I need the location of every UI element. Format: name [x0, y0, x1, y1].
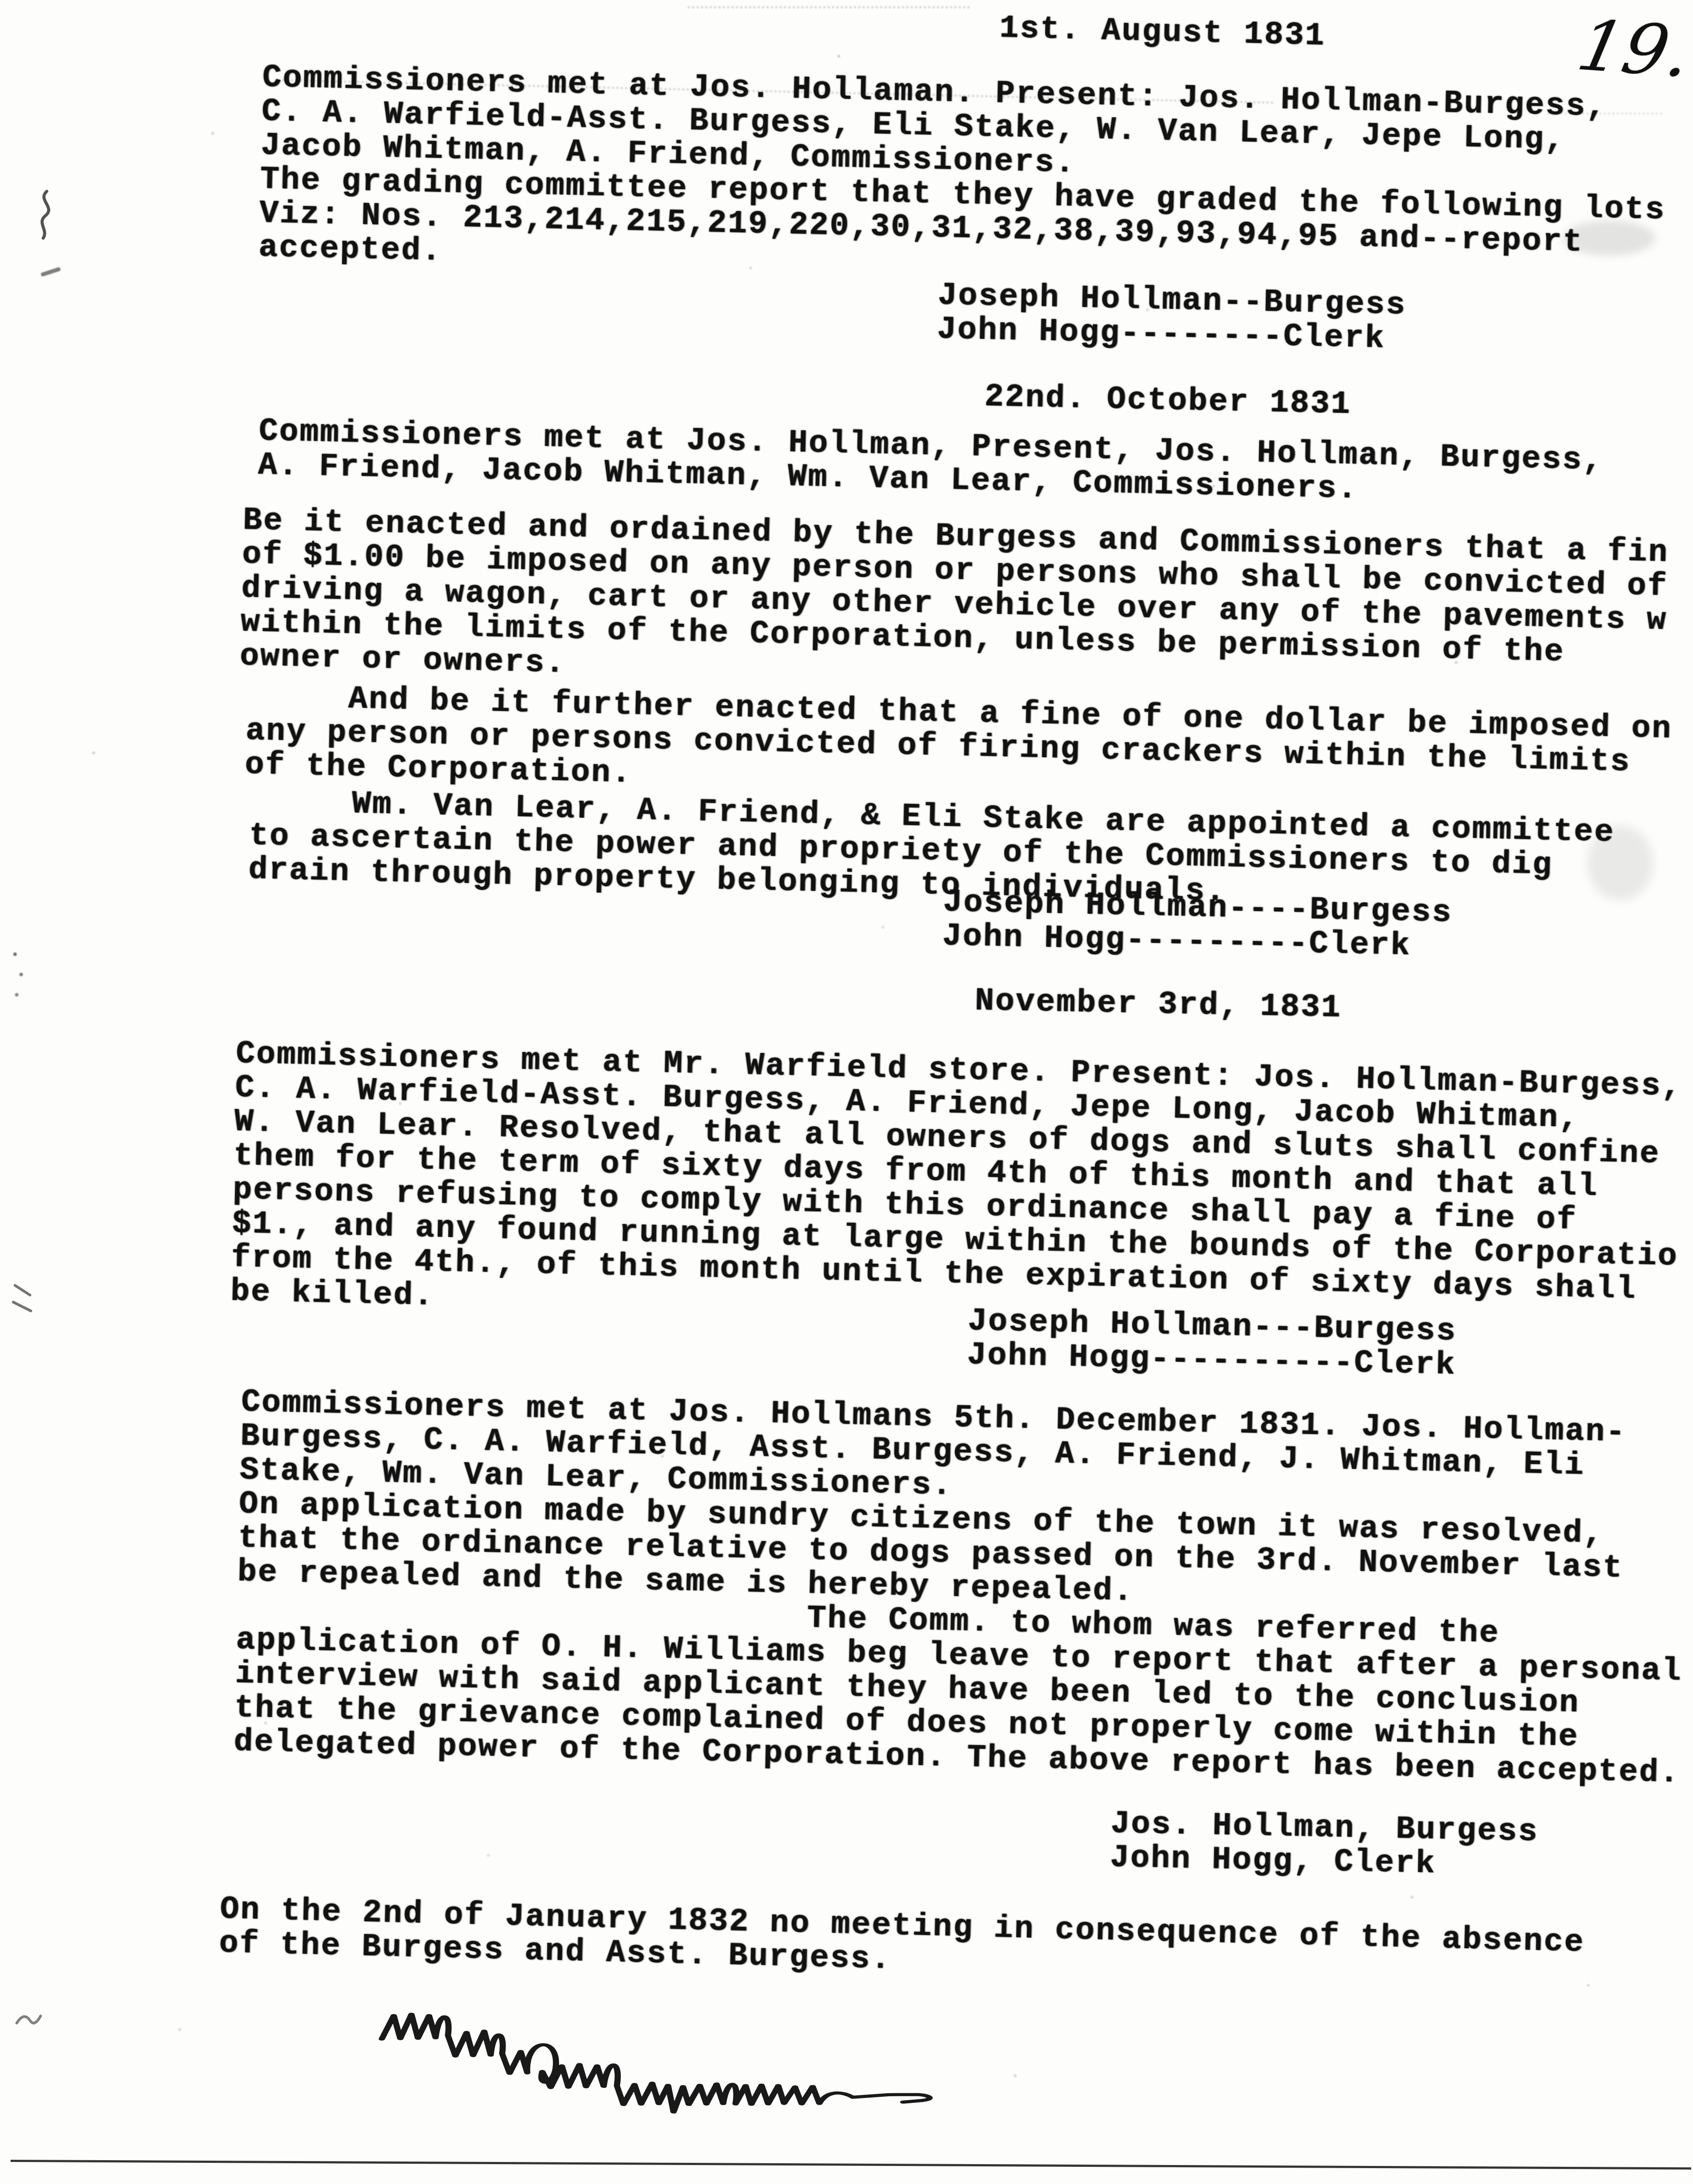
signature-block-december: Jos. Hollman, Burgess John Hogg, Clerk — [1110, 1807, 1539, 1883]
margin-check-mark — [13, 2005, 44, 2036]
signature-block-august: Joseph Hollman--Burgess John Hogg-------… — [937, 279, 1407, 356]
minutes-paragraph-october-pavement-ordinance: Be it enacted and ordained by the Burges… — [239, 504, 1669, 706]
signature-block-november: Joseph Hollman---Burgess John Hogg------… — [967, 1304, 1457, 1382]
margin-dash-mark — [41, 267, 61, 277]
minutes-paragraph-august: Commissioners met at Jos. Hollaman. Pres… — [258, 61, 1668, 295]
scan-ghost-dots-top — [688, 6, 970, 8]
date-heading-august: 1st. August 1831 — [999, 11, 1326, 53]
scanned-minutes-page: 19. 1st. August 1831 Commissioners met a… — [0, 0, 1693, 2184]
minutes-paragraph-december: Commissioners met at Jos. Hollmans 5th. … — [234, 1385, 1688, 1790]
date-heading-october: 22nd. October 1831 — [984, 380, 1351, 422]
margin-dots-mark — [13, 952, 17, 956]
page-bottom-rule — [11, 2160, 1691, 2169]
scan-toner-specks — [0, 0, 2, 2]
handwritten-scribble — [372, 1995, 921, 2084]
minutes-paragraph-october-attendance: Commissioners met at Jos. Hollman, Prese… — [258, 414, 1604, 511]
margin-tick-mark — [10, 1281, 41, 1321]
minutes-paragraph-november: Commissioners met at Mr. Warfield store.… — [230, 1037, 1682, 1341]
signature-block-october: Joseph Hollman----Burgess John Hogg-----… — [942, 885, 1453, 964]
handwritten-page-number: 19. — [1571, 5, 1693, 93]
margin-squiggle-mark — [34, 189, 64, 242]
date-heading-november: November 3rd, 1831 — [975, 984, 1342, 1025]
minutes-paragraph-january: On the 2nd of January 1832 no meeting in… — [219, 1893, 1585, 1994]
